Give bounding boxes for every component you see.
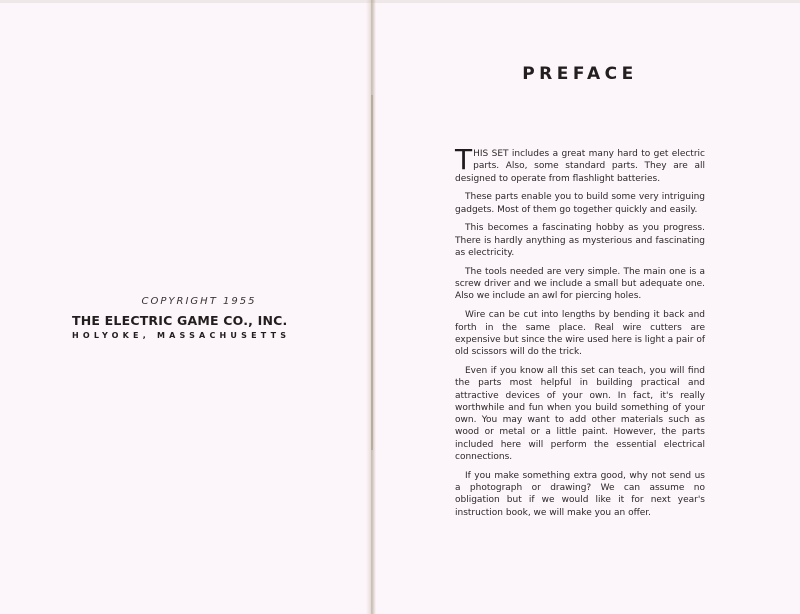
copyright-block: COPYRIGHT 1955 THE ELECTRIC GAME CO., IN… bbox=[0, 296, 370, 340]
paragraph: The tools needed are very simple. The ma… bbox=[455, 266, 705, 303]
page-title: PREFACE bbox=[420, 64, 740, 84]
paragraph: This becomes a fascinating hobby as you … bbox=[455, 222, 705, 259]
book-spread: COPYRIGHT 1955 THE ELECTRIC GAME CO., IN… bbox=[0, 0, 800, 614]
paragraph: Wire can be cut into lengths by bending … bbox=[455, 309, 705, 358]
company-location: HOLYOKE, MASSACHUSETTS bbox=[72, 331, 370, 340]
paragraph: These parts enable you to build some ver… bbox=[455, 191, 705, 216]
copyright-notice: COPYRIGHT 1955 bbox=[28, 296, 370, 307]
company-name: THE ELECTRIC GAME CO., INC. bbox=[72, 313, 370, 328]
paragraph: If you make something extra good, why no… bbox=[455, 470, 705, 519]
preface-body: THIS SET includes a great many hard to g… bbox=[455, 148, 705, 526]
paragraph: Even if you know all this set can teach,… bbox=[455, 365, 705, 463]
drop-cap: T bbox=[455, 149, 472, 171]
gutter-fold-line bbox=[371, 95, 373, 450]
page-top-edge bbox=[0, 0, 800, 3]
paragraph: THIS SET includes a great many hard to g… bbox=[455, 148, 705, 185]
